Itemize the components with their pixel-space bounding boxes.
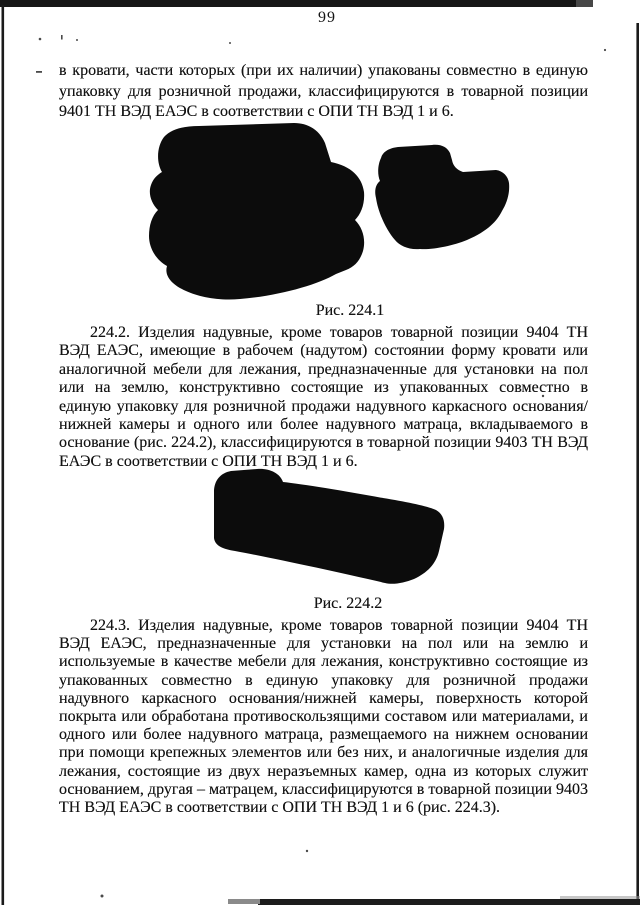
figure-224-1-sofa-silhouette [149,123,364,300]
figure-224-1-armchair-silhouette [375,145,509,249]
paragraph-224-2: 224.2. Изделия надувные, кроме товаров т… [59,324,588,471]
figure-224-1-caption: Рис. 224.1 [280,302,420,320]
paragraph-continuation-9401: в кровати, части которых (при их наличии… [59,61,588,123]
figure-224-2-airbed-silhouette [214,469,444,584]
paragraph-224-3: 224.3. Изделия надувные, кроме товаров т… [59,617,588,817]
scanned-document-page: 99 в кровати, части которых (при их нали… [0,0,640,905]
figure-224-2-caption: Рис. 224.2 [278,595,418,613]
page-number: 99 [300,9,354,27]
